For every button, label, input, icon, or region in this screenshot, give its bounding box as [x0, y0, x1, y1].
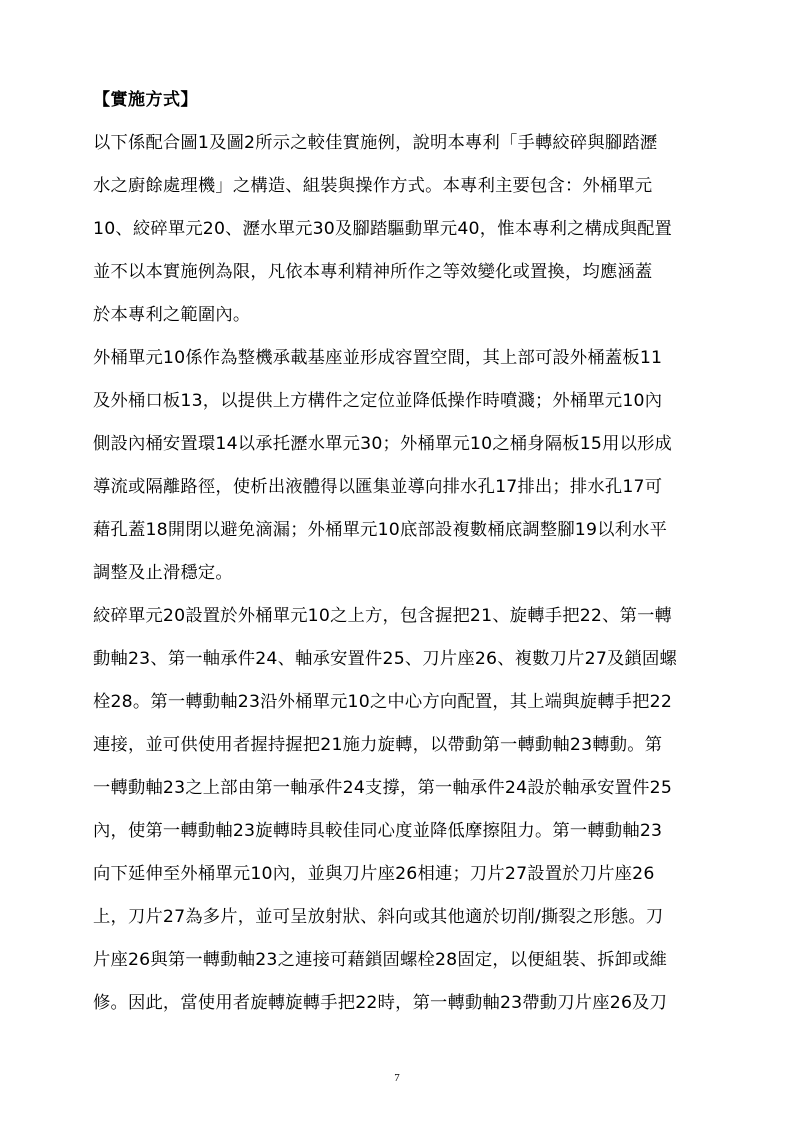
text-line: 一轉動軸23之上部由第一軸承件24支撐，第一軸承件24設於軸承安置件25	[93, 774, 703, 817]
text-line: 水之廚餘處理機」之構造、組裝與操作方式。本專利主要包含：外桶單元	[93, 172, 703, 215]
section-heading: 【實施方式】	[93, 86, 703, 114]
page-number: 7	[0, 1072, 794, 1084]
text-line: 片座26與第一轉動軸23之連接可藉鎖固螺栓28固定，以便組裝、拆卸或維	[93, 946, 703, 989]
text-line: 內，使第一轉動軸23旋轉時具較佳同心度並降低摩擦阻力。第一轉動軸23	[93, 817, 703, 860]
text-line: 及外桶口板13，以提供上方構件之定位並降低操作時噴濺；外桶單元10內	[93, 387, 703, 430]
text-line: 向下延伸至外桶單元10內，並與刀片座26相連；刀片27設置於刀片座26	[93, 860, 703, 903]
text-line: 於本專利之範圍內。	[93, 301, 703, 344]
body-text: 以下係配合圖1及圖2所示之較佳實施例，說明本專利「手轉絞碎與腳踏瀝 水之廚餘處理…	[93, 129, 703, 1032]
text-line: 側設內桶安置環14以承托瀝水單元30；外桶單元10之桶身隔板15用以形成	[93, 430, 703, 473]
text-line: 以下係配合圖1及圖2所示之較佳實施例，說明本專利「手轉絞碎與腳踏瀝	[93, 129, 703, 172]
text-line: 栓28。第一轉動軸23沿外桶單元10之中心方向配置，其上端與旋轉手把22	[93, 688, 703, 731]
text-line: 連接，並可供使用者握持握把21施力旋轉，以帶動第一轉動軸23轉動。第	[93, 731, 703, 774]
document-page: 【實施方式】 以下係配合圖1及圖2所示之較佳實施例，說明本專利「手轉絞碎與腳踏瀝…	[93, 86, 703, 1032]
text-line: 並不以本實施例為限，凡依本專利精神所作之等效變化或置換，均應涵蓋	[93, 258, 703, 301]
text-line: 上，刀片27為多片，並可呈放射狀、斜向或其他適於切削/撕裂之形態。刀	[93, 903, 703, 946]
text-line: 調整及止滑穩定。	[93, 559, 703, 602]
text-line: 導流或隔離路徑，使析出液體得以匯集並導向排水孔17排出；排水孔17可	[93, 473, 703, 516]
text-line: 修。因此，當使用者旋轉旋轉手把22時，第一轉動軸23帶動刀片座26及刀	[93, 989, 703, 1032]
text-line: 藉孔蓋18開閉以避免滴漏；外桶單元10底部設複數桶底調整腳19以利水平	[93, 516, 703, 559]
text-line: 動軸23、第一軸承件24、軸承安置件25、刀片座26、複數刀片27及鎖固螺	[93, 645, 703, 688]
text-line: 10、絞碎單元20、瀝水單元30及腳踏驅動單元40，惟本專利之構成與配置	[93, 215, 703, 258]
text-line: 外桶單元10係作為整機承載基座並形成容置空間，其上部可設外桶蓋板11	[93, 344, 703, 387]
text-line: 絞碎單元20設置於外桶單元10之上方，包含握把21、旋轉手把22、第一轉	[93, 602, 703, 645]
